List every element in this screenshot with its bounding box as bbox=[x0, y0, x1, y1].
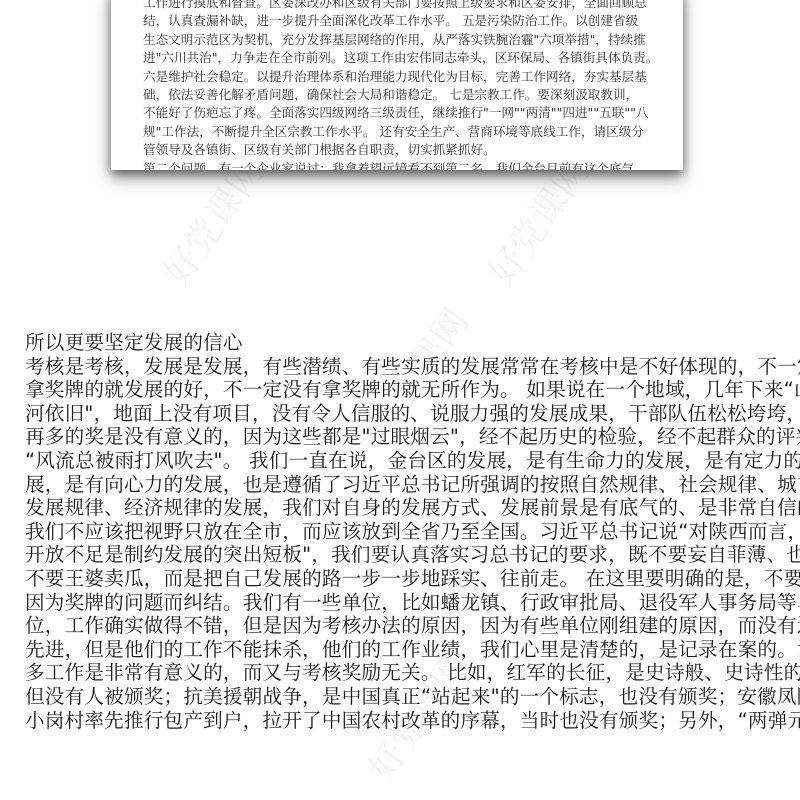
card-line: 不能好了伤疤忘了疼。全面落实四级网络三级责任，继续推行"一网""两清""四进""… bbox=[143, 104, 663, 122]
body-line: 位，工作确实做得不错，但是因为考核办法的原因，因为有些单位刚组建的原因，而没有进 bbox=[25, 614, 785, 638]
body-line: 再多的奖是没有意义的，因为这些都是"过眼烟云"，经不起历史的检验，经不起群众的评… bbox=[25, 425, 785, 449]
card-text: 工作进行摸底和督查。区委深改办和区级有关部门要按照上级要求和区委安排，全面回顾总… bbox=[143, 0, 663, 170]
body-line: 展，是有向心力的发展，也是遵循了习近平总书记所强调的按照自然规律、社会规律、城市 bbox=[25, 473, 785, 497]
card-line: 进"六川共治"，力争走在全市前列。这项工作由宏伟同志牵头，区环保局、各镇街具体负… bbox=[143, 49, 663, 67]
body-line: 我们不应该把视野只放在全市，而应该放到全省乃至全国。习近平总书记说“对陕西而言， bbox=[25, 520, 785, 544]
body-line: 小岗村率先推行包产到户，拉开了中国农村改革的序幕，当时也没有颁奖；另外，“两弹元 bbox=[25, 709, 785, 733]
card-line: 管领导及各镇街、区级有关部门根据各自职责，切实抓紧抓好。 bbox=[143, 141, 663, 159]
card-line: 第二个问题，有一个企业家说过：我拿着望远镜看不到第二名，我们金台目前有这个底气， bbox=[143, 160, 663, 170]
card-line: 础，依法妥善化解矛盾问题，确保社会大局和谐稳定。 七是宗教工作。要深刻汲取教训， bbox=[143, 86, 663, 104]
section-heading: 所以更要坚定发展的信心 bbox=[25, 331, 785, 355]
card-line: 结，认真查漏补缺，进一步提升全面深化改革工作水平。 五是污染防治工作。以创建省级 bbox=[143, 12, 663, 30]
body-line: 因为奖牌的问题而纠结。我们有一些单位，比如蟠龙镇、行政审批局、退役军人事务局等单 bbox=[25, 591, 785, 615]
body-line: 拿奖牌的就发展的好，不一定没有拿奖牌的就无所作为。 如果说在一个地域，几年下来“… bbox=[25, 378, 785, 402]
document-body: 所以更要坚定发展的信心 考核是考核，发展是发展，有些潜绩、有些实质的发展常常在考… bbox=[25, 331, 785, 732]
body-line: 但没有人被颁奖；抗美援朝战争，是中国真正“站起来"的一个标志，也没有颁奖；安徽凤… bbox=[25, 685, 785, 709]
body-line: 发展规律、经济规律的发展，我们对自身的发展方式、发展前景是有底气的、是非常自信的… bbox=[25, 496, 785, 520]
body-line: “风流总被雨打风吹去"。 我们一直在说，金台区的发展，是有生命力的发展，是有定力… bbox=[25, 449, 785, 473]
body-line: 开放不足是制约发展的突出短板"，我们要认真落实习总书记的要求，既不要妄自菲薄、也 bbox=[25, 543, 785, 567]
body-line: 考核是考核，发展是发展，有些潜绩、有些实质的发展常常在考核中是不好体现的，不一定 bbox=[25, 355, 785, 379]
card-line: 工作进行摸底和督查。区委深改办和区级有关部门要按照上级要求和区委安排，全面回顾总 bbox=[143, 0, 663, 12]
card-line: 规"工作法，不断提升全区宗教工作水平。 还有安全生产、营商环境等底线工作，请区级… bbox=[143, 123, 663, 141]
card-line: 生态文明示范区为契机，充分发挥基层网络的作用，从严落实铁腕治霾"六项举措"，持续… bbox=[143, 31, 663, 49]
body-line: 河依旧"，地面上没有项目，没有令人信服的、说服力强的发展成果，干部队伍松松垮垮，… bbox=[25, 402, 785, 426]
body-line: 多工作是非常有意义的，而又与考核奖励无关。 比如，红军的长征，是史诗般、史诗性的… bbox=[25, 661, 785, 685]
body-line: 不要王婆卖瓜，而是把自己发展的路一步一步地踩实、往前走。 在这里要明确的是，不要 bbox=[25, 567, 785, 591]
document-preview-card: 工作进行摸底和督查。区委深改办和区级有关部门要按照上级要求和区委安排，全面回顾总… bbox=[111, 0, 683, 170]
body-line: 先进，但是他们的工作不能抹杀，他们的工作业绩，我们心里是清楚的，是记录在案的。许 bbox=[25, 638, 785, 662]
card-line: 六是维护社会稳定。以提升治理体系和治理能力现代化为目标，完善工作网络，夯实基层基 bbox=[143, 68, 663, 86]
